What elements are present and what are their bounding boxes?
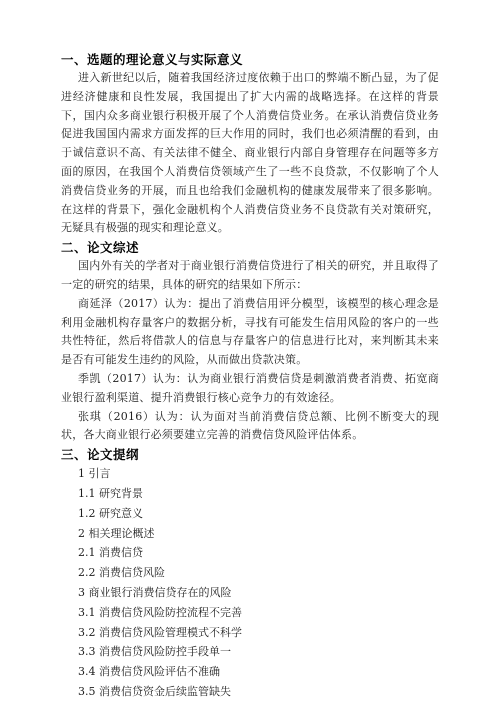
outline-item: 1 引言 xyxy=(61,464,439,484)
outline-item: 2.2 消费信贷风险 xyxy=(61,563,439,583)
paragraph-review-shangyanze: 商延泽（2017）认为：提出了消费信用评分模型，该模型的核心理念是利用金融机构存… xyxy=(61,295,439,370)
outline-item: 1.1 研究背景 xyxy=(61,484,439,504)
outline-item: 3.1 消费信贷风险防控流程不完善 xyxy=(61,603,439,623)
outline-item: 3 商业银行消费信贷存在的风险 xyxy=(61,583,439,603)
paragraph-significance: 进入新世纪以后，随着我国经济过度依赖于出口的弊端不断凸显，为了促进经济健康和良性… xyxy=(61,69,439,238)
outline-item: 3.3 消费信贷风险防控手段单一 xyxy=(61,642,439,662)
outline-item: 1.2 研究意义 xyxy=(61,504,439,524)
document-page: 一、选题的理论意义与实际意义 进入新世纪以后，随着我国经济过度依赖于出口的弊端不… xyxy=(0,0,500,708)
outline-item: 2 相关理论概述 xyxy=(61,524,439,544)
outline-item: 3.5 消费信贷资金后续监管缺失 xyxy=(61,682,439,702)
outline-list: 1 引言 1.1 研究背景 1.2 研究意义 2 相关理论概述 2.1 消费信贷… xyxy=(61,464,439,702)
outline-item: 2.1 消费信贷 xyxy=(61,543,439,563)
outline-item: 3.4 消费信贷风险评估不准确 xyxy=(61,662,439,682)
section-heading-topic-significance: 一、选题的理论意义与实际意义 xyxy=(61,50,439,69)
document-content: 一、选题的理论意义与实际意义 进入新世纪以后，随着我国经济过度依赖于出口的弊端不… xyxy=(61,50,439,702)
paragraph-review-jikai: 季凯（2017）认为：认为商业银行消费信贷是刺激消费者消费、拓宽商业银行盈利渠道… xyxy=(61,370,439,408)
outline-item: 3.2 消费信贷风险管理模式不科学 xyxy=(61,623,439,643)
paragraph-review-zhangqi: 张琪（2016）认为：认为面对当前消费信贷总额、比例不断变大的现状，各大商业银行… xyxy=(61,408,439,446)
section-heading-literature-review: 二、论文综述 xyxy=(61,238,439,257)
paragraph-review-intro: 国内外有关的学者对于商业银行消费信贷进行了相关的研究，并且取得了一定的研究的结果… xyxy=(61,257,439,295)
section-heading-thesis-outline: 三、论文提纲 xyxy=(61,445,439,464)
